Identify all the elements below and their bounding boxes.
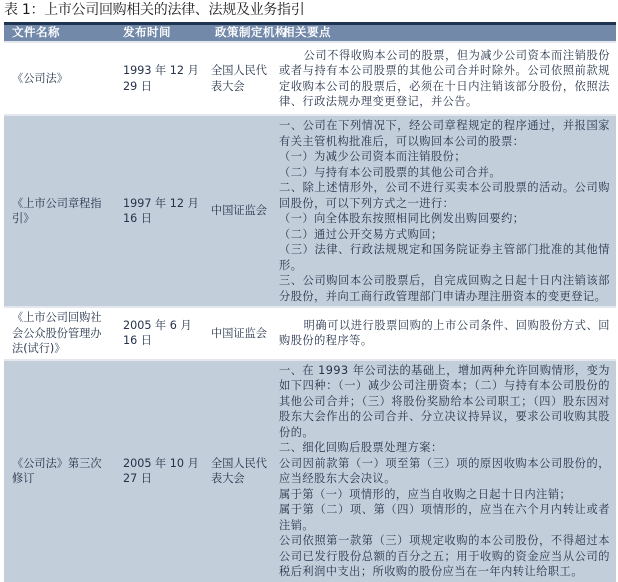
release-date: 1993 年 12 月 29 日: [115, 42, 207, 115]
key-point: 二、细化回购后股票处理方案：: [279, 440, 610, 456]
key-points: 公司不得收购本公司的股票，但为减少公司资本而注销股份或者与持有本公司股票的其他公…: [275, 42, 616, 115]
table-row: 《上市公司回购社会公众股份管理办法(试行)》 2005 年 6 月 16 日 中…: [4, 307, 616, 360]
table-row: 《公司法》 1993 年 12 月 29 日 全国人民代表大会 公司不得收购本公…: [4, 42, 616, 115]
release-date: 1997 年 12 月 16 日: [115, 115, 207, 307]
key-point: 属于第（二）项、第（四）项情形的，应当在六个月内转让或者注销。: [279, 502, 610, 533]
table-row: 《上市公司章程指引》 1997 年 12 月 16 日 中国证监会 一、公司在下…: [4, 115, 616, 307]
key-point: （三）法律、行政法规规定和国务院证券主管部门批准的其他情形。: [279, 242, 610, 273]
key-point: 公司因前款第（一）项至第（三）项的原因收购本公司股份的，应当经股东大会决议。: [279, 456, 610, 487]
header-key-points: 相关要点: [275, 24, 616, 43]
key-point: 一、在 1993 年公司法的基础上，增加两种允许回购情形，变为如下四种：（一）减…: [279, 363, 610, 441]
key-point: （一）向全体股东按照相同比例发出购回要约；: [279, 211, 610, 227]
regulations-table: 文件名称 发布时间 政策制定机构 相关要点 《公司法》 1993 年 12 月 …: [4, 22, 616, 537]
key-point: （二）通过公开交易方式购回；: [279, 227, 610, 243]
header-agency: 政策制定机构: [207, 24, 275, 43]
key-point: 一、公司在下列情况下，经公司章程规定的程序通过，并报国家有关主管机构批准后，可以…: [279, 118, 610, 149]
document-name: 《上市公司章程指引》: [4, 115, 115, 307]
header-release-date: 发布时间: [115, 24, 207, 43]
key-points: 一、公司在下列情况下，经公司章程规定的程序通过，并报国家有关主管机构批准后，可以…: [275, 115, 616, 307]
key-points: 一、在 1993 年公司法的基础上，增加两种允许回购情形，变为如下四种：（一）减…: [275, 360, 616, 538]
key-point: 公司依照第一款第（三）项规定收购的本公司股份，不得超过本公司已发行股份总额的百分…: [279, 533, 610, 537]
agency: 中国证监会: [207, 307, 275, 360]
table-title: 表 1：上市公司回购相关的法律、法规及业务指引: [4, 1, 304, 19]
table-row: 《公司法》第三次修订 2005 年 10 月 27 日 全国人民代表大会 一、在…: [4, 360, 616, 538]
key-point: 公司不得收购本公司的股票，但为减少公司资本而注销股份或者与持有本公司股票的其他公…: [279, 48, 610, 110]
key-point: （一）为减少公司资本而注销股份；: [279, 149, 610, 165]
key-points: 明确可以进行股票回购的上市公司条件、回购股份方式、回购股份的程序等。: [275, 307, 616, 360]
key-point: 二、除上述情形外，公司不进行买卖本公司股票的活动。公司购回股份，可以下列方式之一…: [279, 180, 610, 211]
key-point: 明确可以进行股票回购的上市公司条件、回购股份方式、回购股份的程序等。: [279, 318, 610, 349]
agency: 全国人民代表大会: [207, 360, 275, 538]
table-header-row: 文件名称 发布时间 政策制定机构 相关要点: [4, 24, 616, 43]
key-point: （二）与持有本公司股票的其他公司合并。: [279, 165, 610, 181]
agency: 中国证监会: [207, 115, 275, 307]
release-date: 2005 年 10 月 27 日: [115, 360, 207, 538]
header-document-name: 文件名称: [4, 24, 115, 43]
document-name: 《上市公司回购社会公众股份管理办法(试行)》: [4, 307, 115, 360]
document-name: 《公司法》: [4, 42, 115, 115]
release-date: 2005 年 6 月 16 日: [115, 307, 207, 360]
key-point: 属于第（一）项情形的，应当自收购之日起十日内注销；: [279, 487, 610, 503]
agency: 全国人民代表大会: [207, 42, 275, 115]
document-name: 《公司法》第三次修订: [4, 360, 115, 538]
key-point: 三、公司购回本公司股票后，自完成回购之日起十日内注销该部分股份，并向工商行政管理…: [279, 273, 610, 304]
